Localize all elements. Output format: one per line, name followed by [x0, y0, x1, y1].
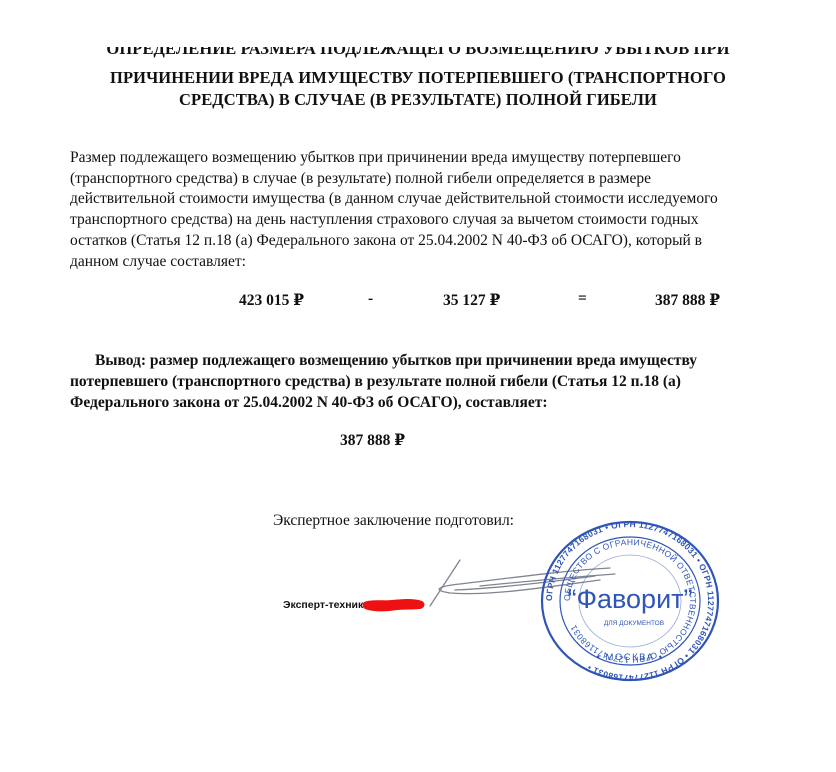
conclusion-line: потерпевшего (транспортного средства) в …	[70, 371, 770, 392]
equals-sign: =	[578, 290, 587, 308]
document-title-line-2: ПРИЧИНЕНИИ ВРЕДА ИМУЩЕСТВУ ПОТЕРПЕВШЕГО …	[60, 67, 776, 89]
stamp-city: • МОСКВА •	[597, 652, 664, 663]
paragraph-line: Размер подлежащего возмещению убытков пр…	[70, 148, 770, 169]
paragraph-line: (транспортного средства) в случае (в рез…	[70, 169, 770, 190]
expert-technician-label: Эксперт-техник	[283, 599, 363, 611]
paragraph-line: транспортного средства) на день наступле…	[70, 210, 770, 231]
conclusion-line: Вывод: размер подлежащего возмещению убы…	[70, 350, 770, 371]
salvage-value: 35 127 ₽	[443, 290, 500, 310]
stamp-company-name: “Фаворит”	[567, 584, 692, 614]
paragraph-line: остатков (Статья 12 п.18 (а) Федеральног…	[70, 231, 770, 252]
redaction-mark	[362, 597, 426, 613]
conclusion-line: Федерального закона от 25.04.2002 N 40-Ф…	[70, 392, 770, 413]
document-title-line-3: СРЕДСТВА) В СЛУЧАЕ (В РЕЗУЛЬТАТЕ) ПОЛНОЙ…	[60, 89, 776, 111]
stamp-subtitle: ДЛЯ ДОКУМЕНТОВ	[604, 620, 664, 627]
conclusion-paragraph: Вывод: размер подлежащего возмещению убы…	[70, 350, 770, 413]
minus-sign: -	[368, 290, 373, 308]
calculation-result: 387 888 ₽	[655, 290, 720, 310]
paragraph-line: действительной стоимости имущества (в да…	[70, 189, 770, 210]
calculation-row: 423 015 ₽ - 35 127 ₽ = 387 888 ₽	[0, 290, 836, 310]
vehicle-value: 423 015 ₽	[239, 290, 304, 310]
prepared-by-label: Экспертное заключение подготовил:	[273, 512, 514, 530]
company-stamp: ОГРН 1127747168031 • ОГРН 1127747168031 …	[538, 520, 722, 682]
valuation-paragraph: Размер подлежащего возмещению убытков пр…	[70, 148, 770, 272]
total-amount: 387 888 ₽	[340, 430, 405, 450]
document-title-line-1: ОПРЕДЕЛЕНИЕ РАЗМЕРА ПОДЛЕЖАЩЕГО ВОЗМЕЩЕН…	[60, 47, 776, 60]
paragraph-line: данном случае составляет:	[70, 252, 770, 273]
document-page: ОПРЕДЕЛЕНИЕ РАЗМЕРА ПОДЛЕЖАЩЕГО ВОЗМЕЩЕН…	[0, 0, 836, 772]
